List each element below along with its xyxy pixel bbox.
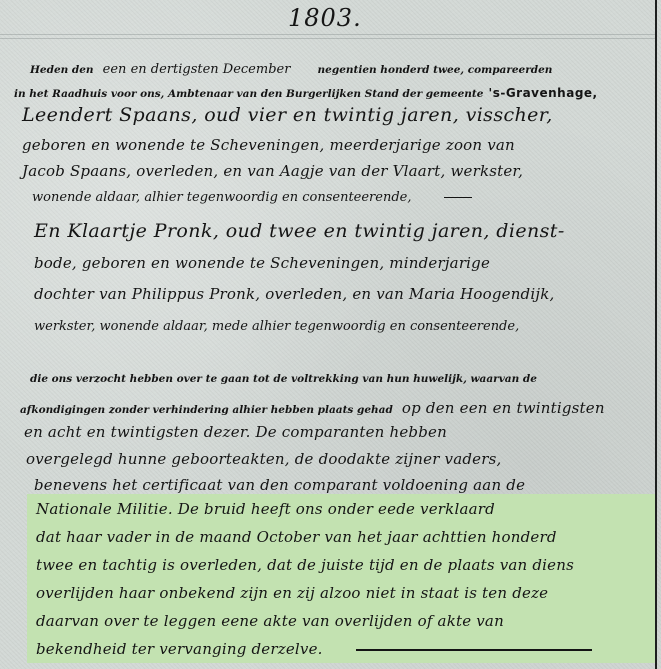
highlighted-line-6: bekendheid ter vervanging derzelve. <box>36 642 592 657</box>
filler-dash <box>356 649 592 651</box>
record-line-6: wonende aldaar, alhier tegenwoordig en c… <box>32 191 472 204</box>
printed-text: Heden den <box>30 64 94 76</box>
municipality-name: 's-Gravenhage, <box>489 86 598 100</box>
record-line-14: overgelegd hunne geboorteakten, de dooda… <box>26 452 502 467</box>
ruled-line <box>0 38 655 39</box>
record-line-13: en acht en twintigsten dezer. De compara… <box>24 425 447 440</box>
record-line-15: benevens het certificaat van den compara… <box>34 478 525 493</box>
scanned-register-page: 1803. Heden den een en dertigsten Decemb… <box>0 0 661 669</box>
handwritten-date: een en dertigsten December <box>103 62 291 77</box>
record-line-5: Jacob Spaans, overleden, en van Aagje va… <box>22 164 523 179</box>
record-line-1: Heden den een en dertigsten December neg… <box>30 60 552 76</box>
ruled-line <box>0 34 655 35</box>
record-line-7: En Klaartje Pronk, oud twee en twintig j… <box>34 222 565 241</box>
printed-text: in het Raadhuis voor ons, Ambtenaar van … <box>14 88 483 100</box>
record-line-4: geboren en wonende te Scheveningen, meer… <box>22 138 515 153</box>
highlighted-line-1: Nationale Militie. De bruid heeft ons on… <box>36 502 495 517</box>
highlighted-line-4: overlijden haar onbekend zijn en zij alz… <box>36 586 548 601</box>
record-line-12: afkondigingen zonder verhindering alhier… <box>20 400 605 416</box>
record-line-11: die ons verzocht hebben over te gaan tot… <box>30 374 537 385</box>
printed-text: afkondigingen zonder verhindering alhier… <box>20 404 393 416</box>
highlighted-line-5: daarvan over te leggen eene akte van ove… <box>36 614 504 629</box>
record-line-3: Leendert Spaans, oud vier en twintig jar… <box>22 106 553 125</box>
record-line-2: in het Raadhuis voor ons, Ambtenaar van … <box>14 84 598 100</box>
handwritten-text: bekendheid ter vervanging derzelve. <box>36 640 323 658</box>
handwritten-text: op den een en twintigsten <box>402 399 605 417</box>
highlighted-line-3: twee en tachtig is overleden, dat de jui… <box>36 558 574 573</box>
highlighted-line-2: dat haar vader in de maand October van h… <box>36 530 557 545</box>
handwritten-text: wonende aldaar, alhier tegenwoordig en c… <box>32 190 412 205</box>
highlighted-region <box>27 494 657 663</box>
record-line-9: dochter van Philippus Pronk, overleden, … <box>34 287 554 302</box>
page-border-rule <box>655 0 657 669</box>
filler-dash <box>444 197 472 198</box>
printed-text: negentien honderd twee, compareerden <box>318 64 553 76</box>
record-line-8: bode, geboren en wonende te Scheveningen… <box>34 256 490 271</box>
record-line-10: werkster, wonende aldaar, mede alhier te… <box>34 320 519 333</box>
record-year: 1803. <box>288 4 362 32</box>
